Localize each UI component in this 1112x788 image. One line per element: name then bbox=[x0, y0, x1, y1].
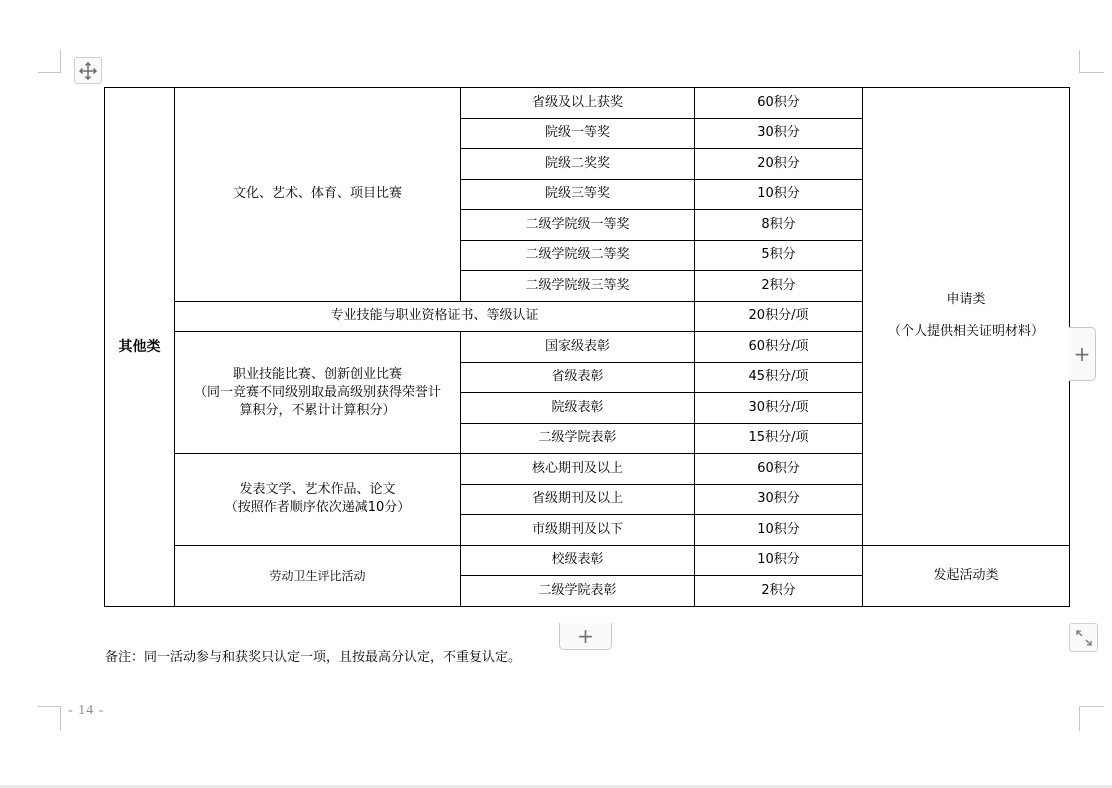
plus-icon: + bbox=[1074, 342, 1091, 366]
points-cell: 60积分 bbox=[695, 454, 863, 485]
points-cell: 60积分/项 bbox=[695, 332, 863, 363]
level-cell: 省级及以上获奖 bbox=[461, 88, 695, 119]
group-name-cell: 职业技能比赛、创新创业比赛 （同一竞赛不同级别取最高级别获得荣誉计 算积分，不累… bbox=[175, 332, 461, 454]
level-cell: 院级一等奖 bbox=[461, 118, 695, 149]
points-cell: 60积分 bbox=[695, 88, 863, 119]
move-arrows-icon bbox=[78, 61, 98, 81]
level-cell: 国家级表彰 bbox=[461, 332, 695, 363]
points-cell: 20积分 bbox=[695, 149, 863, 180]
level-cell: 二级学院表彰 bbox=[461, 576, 695, 607]
group-name-cell: 劳动卫生评比活动 bbox=[175, 545, 461, 606]
points-cell: 2积分 bbox=[695, 271, 863, 302]
table-move-handle[interactable] bbox=[74, 57, 102, 84]
table-footnote: 备注：同一活动参与和获奖只认定一项，且按最高分认定，不重复认定。 bbox=[105, 646, 521, 665]
level-cell: 二级学院级三等奖 bbox=[461, 271, 695, 302]
points-cell: 8积分 bbox=[695, 210, 863, 241]
category-cell: 其他类 bbox=[105, 88, 175, 607]
group-name-cell: 发表文学、艺术作品、论文 （按照作者顺序依次递减10分） bbox=[175, 454, 461, 546]
add-column-button[interactable]: + bbox=[1069, 327, 1096, 381]
points-cell: 2积分 bbox=[695, 576, 863, 607]
page-corner-mark-bottom-right bbox=[1079, 706, 1104, 731]
add-row-button[interactable]: + bbox=[559, 623, 612, 650]
table-resize-handle[interactable] bbox=[1069, 623, 1098, 652]
points-cell: 45积分/项 bbox=[695, 362, 863, 393]
level-cell: 院级二奖奖 bbox=[461, 149, 695, 180]
table-row: 其他类 文化、艺术、体育、项目比赛 省级及以上获奖 60积分 申请类 （个人提供… bbox=[105, 88, 1070, 119]
page-corner-mark-top-right bbox=[1079, 50, 1104, 73]
points-table: 其他类 文化、艺术、体育、项目比赛 省级及以上获奖 60积分 申请类 （个人提供… bbox=[104, 87, 1070, 607]
level-cell: 省级表彰 bbox=[461, 362, 695, 393]
points-cell: 5积分 bbox=[695, 240, 863, 271]
type-apply-cell: 申请类 （个人提供相关证明材料） bbox=[863, 88, 1070, 546]
group-name-line: 职业技能比赛、创新创业比赛 bbox=[175, 366, 460, 384]
points-cell: 30积分 bbox=[695, 118, 863, 149]
points-cell: 20积分/项 bbox=[695, 301, 863, 332]
points-cell: 10积分 bbox=[695, 179, 863, 210]
type-apply-note: （个人提供相关证明材料） bbox=[863, 323, 1069, 341]
group-name-line: （按照作者顺序依次递减10分） bbox=[175, 499, 460, 517]
group-name-line: 算积分，不累计计算积分） bbox=[175, 402, 460, 420]
points-cell: 10积分 bbox=[695, 545, 863, 576]
level-cell: 校级表彰 bbox=[461, 545, 695, 576]
table-row: 劳动卫生评比活动 校级表彰 10积分 发起活动类 bbox=[105, 545, 1070, 576]
type-apply-label: 申请类 bbox=[863, 291, 1069, 309]
level-cell: 院级三等奖 bbox=[461, 179, 695, 210]
group-name-line: 发表文学、艺术作品、论文 bbox=[175, 481, 460, 499]
level-cell: 二级学院级一等奖 bbox=[461, 210, 695, 241]
level-cell: 二级学院表彰 bbox=[461, 423, 695, 454]
points-cell: 30积分 bbox=[695, 484, 863, 515]
page-corner-mark-top-left bbox=[38, 50, 61, 73]
page-corner-mark-bottom-left bbox=[38, 706, 61, 731]
points-cell: 10积分 bbox=[695, 515, 863, 546]
group-name-line: （同一竞赛不同级别取最高级别获得荣誉计 bbox=[175, 384, 460, 402]
type-initiate-cell: 发起活动类 bbox=[863, 545, 1070, 606]
level-cell: 市级期刊及以下 bbox=[461, 515, 695, 546]
level-cell: 核心期刊及以上 bbox=[461, 454, 695, 485]
level-cell: 省级期刊及以上 bbox=[461, 484, 695, 515]
group-name-cell: 专业技能与职业资格证书、等级认证 bbox=[175, 301, 695, 332]
page-number: - 14 - bbox=[68, 703, 104, 719]
level-cell: 院级表彰 bbox=[461, 393, 695, 424]
group-name-cell: 文化、艺术、体育、项目比赛 bbox=[175, 88, 461, 302]
plus-icon: + bbox=[577, 624, 594, 648]
points-cell: 30积分/项 bbox=[695, 393, 863, 424]
level-cell: 二级学院级二等奖 bbox=[461, 240, 695, 271]
points-cell: 15积分/项 bbox=[695, 423, 863, 454]
resize-diagonal-icon bbox=[1074, 628, 1094, 648]
